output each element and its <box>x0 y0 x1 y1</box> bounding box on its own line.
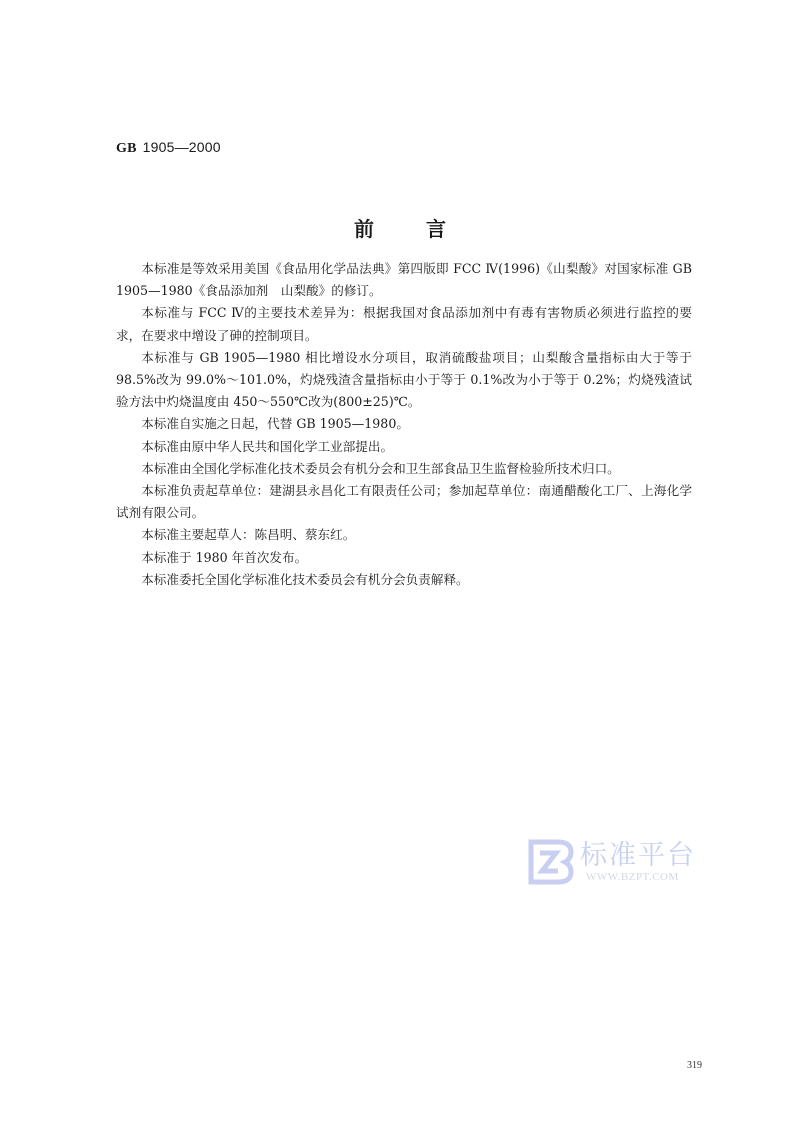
paragraph: 本标准由原中华人民共和国化学工业部提出。 <box>116 436 692 458</box>
paragraph: 本标准负责起草单位：建湖县永昌化工有限责任公司；参加起草单位：南通醋酸化工厂、上… <box>116 480 692 524</box>
standard-number: 1905—2000 <box>143 139 221 155</box>
paragraph: 本标准委托全国化学标准化技术委员会有机分会负责解释。 <box>116 569 692 591</box>
watermark-name: 标准平台 <box>580 841 696 871</box>
watermark-url: WWW.BZPT.COM <box>586 871 696 883</box>
paragraph: 本标准主要起草人：陈昌明、蔡东红。 <box>116 524 692 546</box>
paragraph: 本标准由全国化学标准化技术委员会有机分会和卫生部食品卫生监督检验所技术归口。 <box>116 458 692 480</box>
paragraph: 本标准于 1980 年首次发布。 <box>116 547 692 569</box>
watermark: 标准平台 WWW.BZPT.COM <box>528 832 728 892</box>
page-number: 319 <box>687 1060 702 1071</box>
page-title: 前言 <box>0 213 800 242</box>
standard-identifier: GB1905—2000 <box>116 139 221 157</box>
foreword-body: 本标准是等效采用美国《食品用化学品法典》第四版即 FCC Ⅳ(1996)《山梨酸… <box>116 258 692 591</box>
paragraph: 本标准自实施之日起，代替 GB 1905—1980。 <box>116 413 692 435</box>
paragraph: 本标准与 FCC Ⅳ的主要技术差异为：根据我国对食品添加剂中有毒有害物质必须进行… <box>116 302 692 346</box>
paragraph: 本标准与 GB 1905—1980 相比增设水分项目，取消硫酸盐项目；山梨酸含量… <box>116 347 692 414</box>
standard-prefix: GB <box>116 141 137 156</box>
paragraph: 本标准是等效采用美国《食品用化学品法典》第四版即 FCC Ⅳ(1996)《山梨酸… <box>116 258 692 302</box>
bzpt-logo-icon <box>528 839 574 885</box>
